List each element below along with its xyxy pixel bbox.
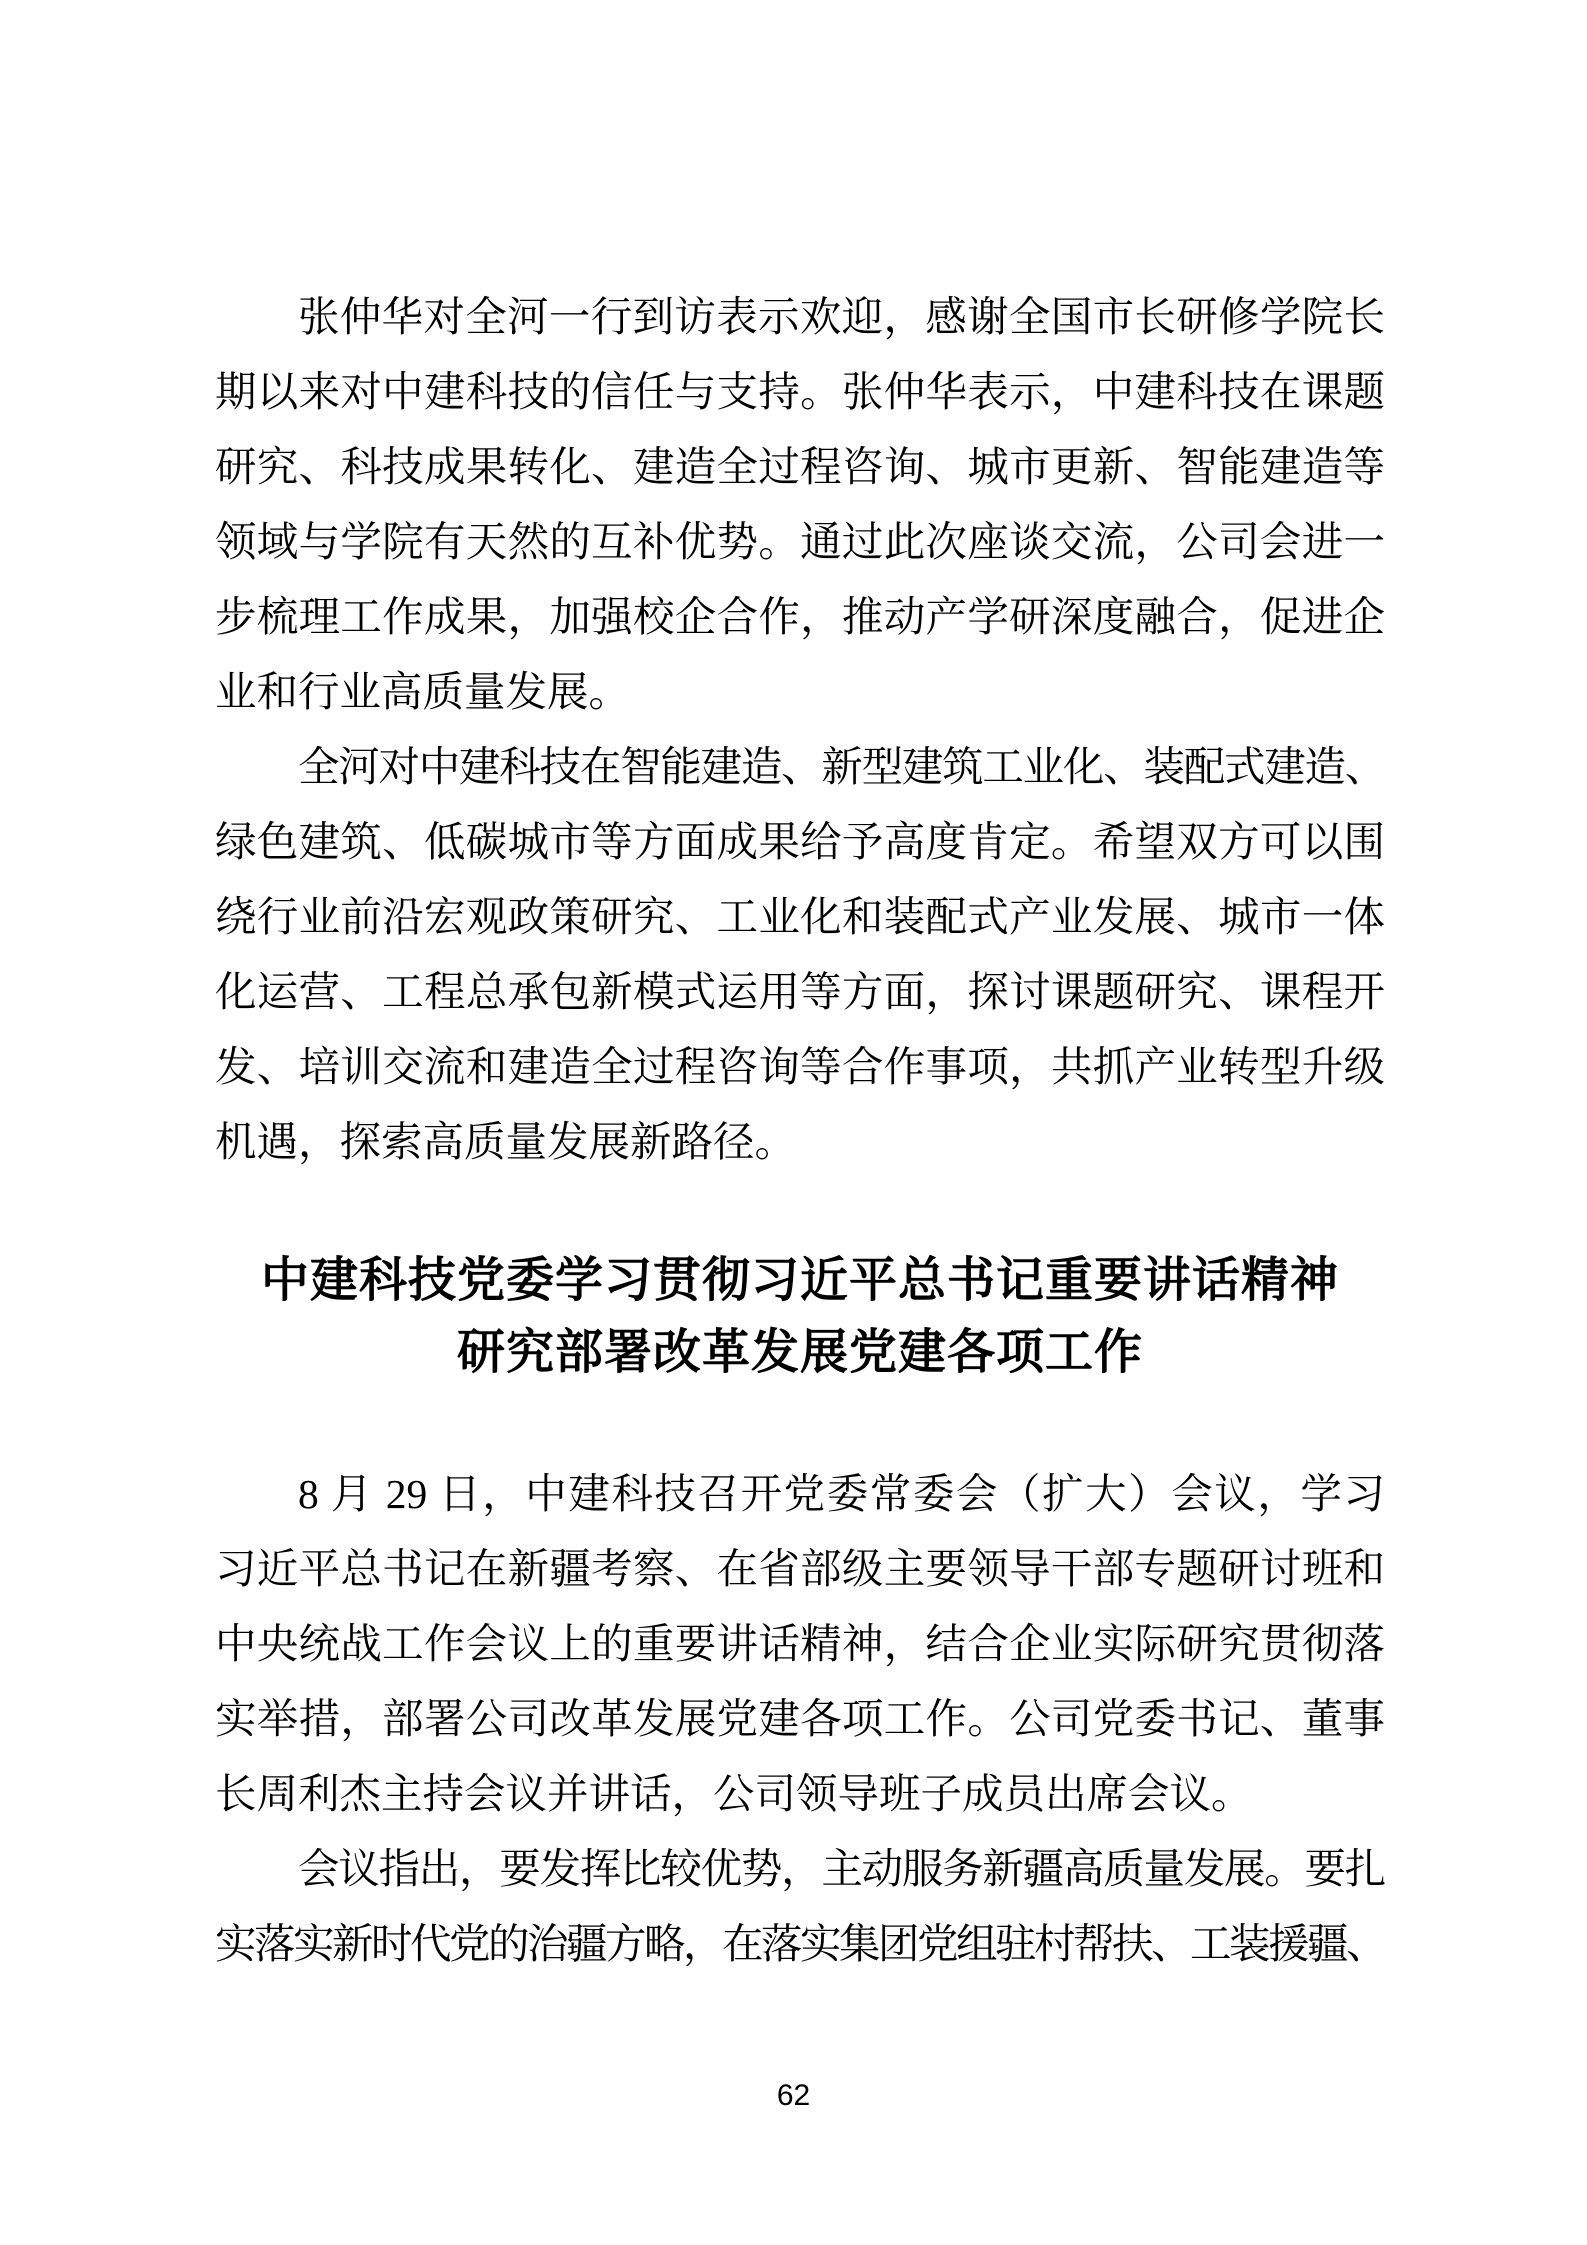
text-line: 实落实新时代党的治疆方略，在落实集团党组驻村帮扶、工装援疆、 <box>215 1907 1385 1982</box>
text-line: 机遇，探索高质量发展新路径。 <box>215 1105 1385 1180</box>
section-heading: 中建科技党委学习贯彻习近平总书记重要讲话精神 研究部署改革发展党建各项工作 <box>215 1245 1385 1389</box>
text-line: 中央统战工作会议上的重要讲话精神，结合企业实际研究贯彻落 <box>215 1607 1385 1682</box>
text-line: 8 月 29 日，中建科技召开党委常委会（扩大）会议，学习 <box>215 1457 1385 1532</box>
heading-line: 研究部署改革发展党建各项工作 <box>215 1317 1385 1389</box>
text-line: 研究、科技成果转化、建造全过程咨询、城市更新、智能建造等 <box>215 430 1385 505</box>
text-line: 张仲华对全河一行到访表示欢迎，感谢全国市长研修学院长 <box>215 280 1385 355</box>
text-line: 化运营、工程总承包新模式运用等方面，探讨课题研究、课程开 <box>215 955 1385 1030</box>
text-line: 业和行业高质量发展。 <box>215 655 1385 730</box>
paragraph-meeting-points: 会议指出，要发挥比较优势，主动服务新疆高质量发展。要扎 实落实新时代党的治疆方略… <box>215 1832 1385 1982</box>
paragraph-guest-response: 全河对中建科技在智能建造、新型建筑工业化、装配式建造、 绿色建筑、低碳城市等方面… <box>215 730 1385 1180</box>
page-number: 62 <box>0 2076 1587 2116</box>
text-line: 绿色建筑、低碳城市等方面成果给予高度肯定。希望双方可以围 <box>215 805 1385 880</box>
paragraph-meeting-intro: 8 月 29 日，中建科技召开党委常委会（扩大）会议，学习 习近平总书记在新疆考… <box>215 1457 1385 1832</box>
text-line: 期以来对中建科技的信任与支持。张仲华表示，中建科技在课题 <box>215 355 1385 430</box>
text-line: 实举措，部署公司改革发展党建各项工作。公司党委书记、董事 <box>215 1682 1385 1757</box>
heading-line: 中建科技党委学习贯彻习近平总书记重要讲话精神 <box>215 1245 1385 1317</box>
paragraph-welcome-remarks: 张仲华对全河一行到访表示欢迎，感谢全国市长研修学院长 期以来对中建科技的信任与支… <box>215 280 1385 730</box>
text-line: 习近平总书记在新疆考察、在省部级主要领导干部专题研讨班和 <box>215 1532 1385 1607</box>
text-line: 步梳理工作成果，加强校企合作，推动产学研深度融合，促进企 <box>215 580 1385 655</box>
text-line: 绕行业前沿宏观政策研究、工业化和装配式产业发展、城市一体 <box>215 880 1385 955</box>
document-page: 张仲华对全河一行到访表示欢迎，感谢全国市长研修学院长 期以来对中建科技的信任与支… <box>0 0 1587 2245</box>
text-line: 长周利杰主持会议并讲话，公司领导班子成员出席会议。 <box>215 1757 1385 1832</box>
text-line: 发、培训交流和建造全过程咨询等合作事项，共抓产业转型升级 <box>215 1030 1385 1105</box>
text-line: 会议指出，要发挥比较优势，主动服务新疆高质量发展。要扎 <box>215 1832 1385 1907</box>
document-body: 张仲华对全河一行到访表示欢迎，感谢全国市长研修学院长 期以来对中建科技的信任与支… <box>215 280 1385 1982</box>
text-line: 领域与学院有天然的互补优势。通过此次座谈交流，公司会进一 <box>215 505 1385 580</box>
text-line: 全河对中建科技在智能建造、新型建筑工业化、装配式建造、 <box>215 730 1385 805</box>
